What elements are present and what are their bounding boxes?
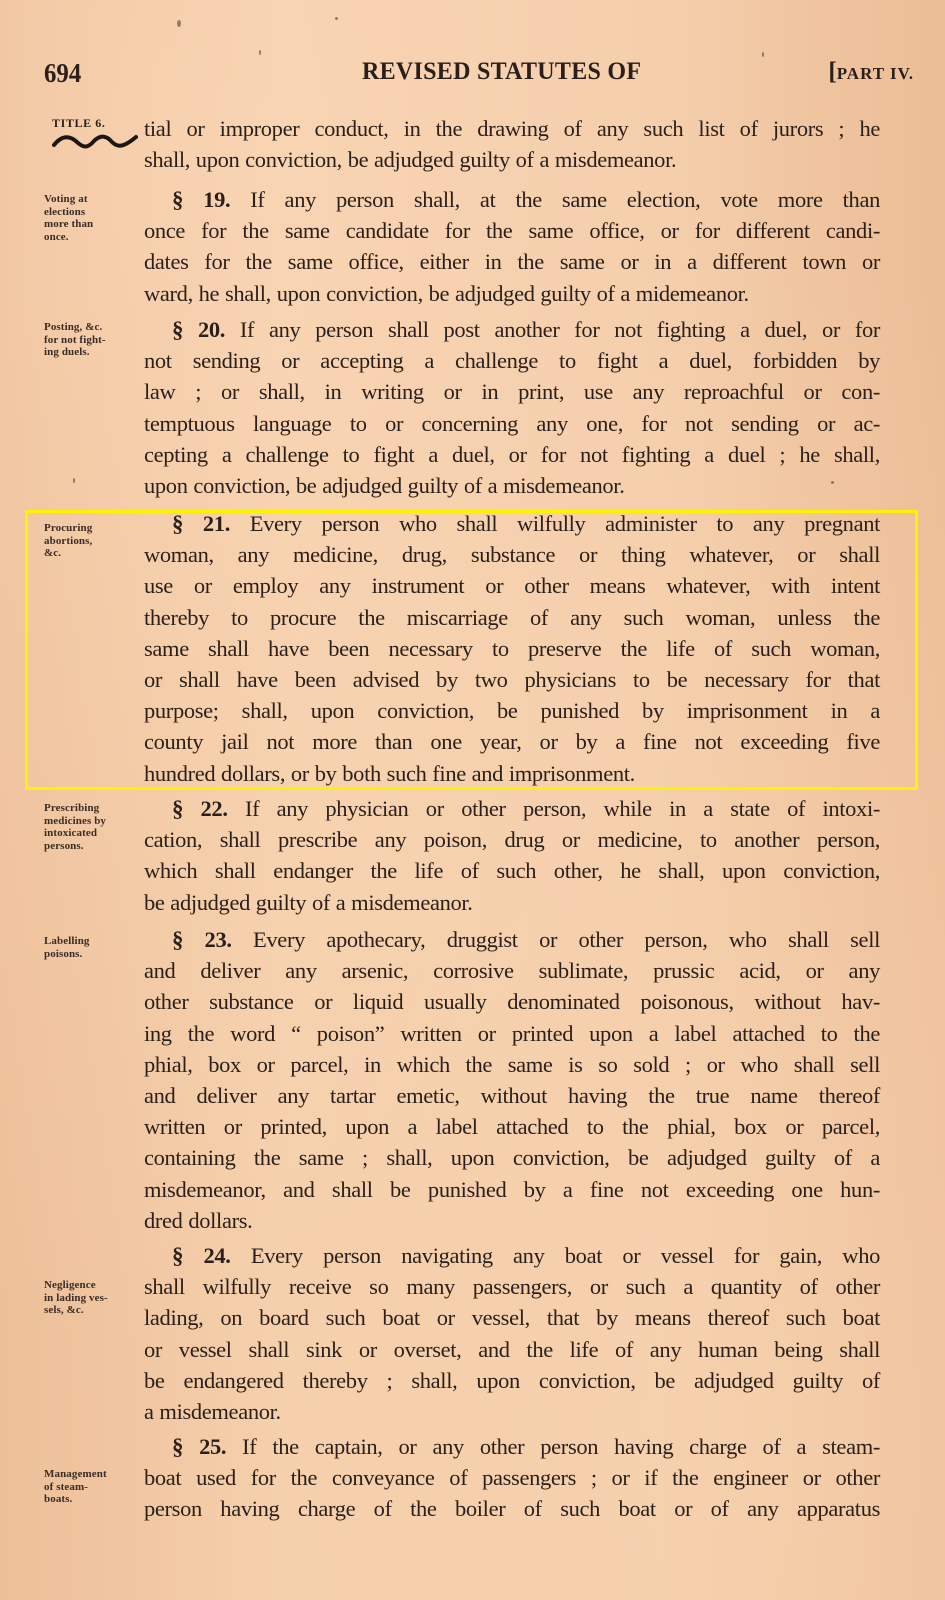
part-label-text: PART IV. [837,64,914,83]
text-line: other substance or liquid usually denomi… [144,986,880,1017]
margin-note-line: Posting, &c. [44,321,140,334]
margin-note-line: for not fight- [44,334,140,347]
margin-note-line: medicines by [44,815,140,828]
title-marker: TITLE 6. [52,116,142,151]
text-span: Every apothecary, druggist or other pers… [253,927,880,952]
margin-note-line: Voting at [44,193,140,206]
section-mark: § [172,511,183,536]
text-line: or vessel shall sink or overset, and the… [144,1334,880,1365]
running-title: REVISED STATUTES OF [362,58,641,86]
margin-note-line: of steam- [44,1481,140,1494]
text-line: temptuous language to or concerning any … [144,408,880,439]
text-line: purpose; shall, upon conviction, be puni… [144,695,880,726]
continuation-text: tial or improper conduct, in the drawing… [144,113,880,175]
section-number: 23. [205,927,232,952]
text-line: upon conviction, be adjudged guilty of a… [144,470,880,501]
section-mark: § [172,927,183,952]
margin-note-line: persons. [44,840,140,853]
paper-speck [335,17,338,20]
text-line: woman, any medicine, drug, substance or … [144,539,880,570]
margin-note-duels: Posting, &c. for not fight- ing duels. [44,321,140,359]
margin-note-line: Procuring [44,522,140,535]
swash-ornament-icon [52,133,138,151]
text-line: § 25. If the captain, or any other perso… [144,1431,880,1462]
paper-speck [762,52,764,57]
paper-speck [73,478,75,483]
text-line: lading, on board such boat or vessel, th… [144,1302,880,1333]
margin-note-line: ing duels. [44,346,140,359]
text-line: and deliver any arsenic, corrosive subli… [144,955,880,986]
section-21: § 21. Every person who shall wilfully ad… [144,508,880,789]
text-span: Every person navigating any boat or vess… [251,1243,880,1268]
text-line: shall, upon conviction, be adjudged guil… [144,144,880,175]
text-line: once for the same candidate for the same… [144,215,880,246]
text-line: same shall have been necessary to preser… [144,633,880,664]
margin-note-negligence: Negligence in lading ves- sels, &c. [44,1279,140,1317]
text-line: cation, shall prescribe any poison, drug… [144,824,880,855]
text-line: not sending or accepting a challenge to … [144,345,880,376]
text-line: § 24. Every person navigating any boat o… [144,1240,880,1271]
text-line: ward, he shall, upon conviction, be adju… [144,278,880,309]
section-mark: § [172,796,183,821]
running-header: 694 REVISED STATUTES OF [PART IV. [44,58,914,94]
text-line: law ; or shall, in writing or in print, … [144,376,880,407]
page-number: 694 [44,58,81,89]
section-25: § 25. If the captain, or any other perso… [144,1431,880,1525]
margin-note-line: Labelling [44,935,140,948]
margin-note-line: Prescribing [44,802,140,815]
text-line: misdemeanor, and shall be punished by a … [144,1174,880,1205]
section-24: § 24. Every person navigating any boat o… [144,1240,880,1427]
section-number: 19. [203,187,230,212]
paper-speck [177,20,181,27]
text-line: § 21. Every person who shall wilfully ad… [144,508,880,539]
text-line: and deliver any tartar emetic, without h… [144,1080,880,1111]
margin-note-abortions: Procuring abortions, &c. [44,522,140,560]
text-line: ing the word “ poison” written or printe… [144,1018,880,1049]
margin-note-steamboats: Management of steam- boats. [44,1468,140,1506]
margin-note-line: sels, &c. [44,1304,140,1317]
text-line: tial or improper conduct, in the drawing… [144,113,880,144]
text-line: be endangered thereby ; shall, upon conv… [144,1365,880,1396]
margin-note-line: in lading ves- [44,1292,140,1305]
text-line: written or printed, upon a label attache… [144,1111,880,1142]
section-19: § 19. If any person shall, at the same e… [144,184,880,309]
section-23: § 23. Every apothecary, druggist or othe… [144,924,880,1236]
section-mark: § [172,1243,183,1268]
margin-note-labelling: Labelling poisons. [44,935,140,960]
margin-note-line: &c. [44,547,140,560]
section-number: 20. [198,317,225,342]
text-span: If the captain, or any other person havi… [242,1434,880,1459]
section-number: 25. [199,1434,226,1459]
text-line: § 20. If any person shall post another f… [144,314,880,345]
text-line: hundred dollars, or by both such fine an… [144,758,880,789]
text-line: be adjudged guilty of a misdemeanor. [144,887,880,918]
text-line: or shall have been advised by two physic… [144,664,880,695]
section-mark: § [172,1434,183,1459]
section-20: § 20. If any person shall post another f… [144,314,880,501]
part-bracket: [ [828,58,836,85]
text-line: phial, box or parcel, in which the same … [144,1049,880,1080]
text-line: cepting a challenge to fight a duel, or … [144,439,880,470]
text-line: boat used for the conveyance of passenge… [144,1462,880,1493]
text-span: Every person who shall wilfully administ… [250,511,880,536]
text-span: If any person shall, at the same electio… [250,187,880,212]
text-line: § 22. If any physician or other person, … [144,793,880,824]
text-line: use or employ any instrument or other me… [144,570,880,601]
margin-note-line: once. [44,231,140,244]
margin-note-line: elections [44,206,140,219]
margin-note-line: abortions, [44,535,140,548]
margin-note-line: poisons. [44,948,140,961]
section-number: 22. [201,796,228,821]
margin-note-voting: Voting at elections more than once. [44,193,140,243]
margin-note-line: Management [44,1468,140,1481]
section-number: 21. [203,511,230,536]
text-line: § 19. If any person shall, at the same e… [144,184,880,215]
margin-note-line: Negligence [44,1279,140,1292]
margin-note-line: boats. [44,1493,140,1506]
title-marker-label: TITLE 6. [52,116,142,131]
book-page: 694 REVISED STATUTES OF [PART IV. TITLE … [0,0,945,1600]
text-line: person having charge of the boiler of su… [144,1493,880,1524]
text-line: county jail not more than one year, or b… [144,726,880,757]
text-line: containing the same ; shall, upon convic… [144,1142,880,1173]
text-line: dates for the same office, either in the… [144,246,880,277]
paper-speck [259,50,261,55]
text-line: thereby to procure the miscarriage of an… [144,602,880,633]
section-number: 24. [203,1243,230,1268]
section-mark: § [172,187,183,212]
margin-note-prescribing: Prescribing medicines by intoxicated per… [44,802,140,852]
text-span: If any physician or other person, while … [245,796,880,821]
text-span: If any person shall post another for not… [240,317,880,342]
text-line: a misdemeanor. [144,1396,880,1427]
section-mark: § [172,317,183,342]
margin-note-line: intoxicated [44,827,140,840]
text-line: shall wilfully receive so many passenger… [144,1271,880,1302]
text-line: dred dollars. [144,1205,880,1236]
text-line: which shall endanger the life of such ot… [144,855,880,886]
section-22: § 22. If any physician or other person, … [144,793,880,918]
margin-note-line: more than [44,218,140,231]
text-line: § 23. Every apothecary, druggist or othe… [144,924,880,955]
part-label: [PART IV. [828,58,914,86]
